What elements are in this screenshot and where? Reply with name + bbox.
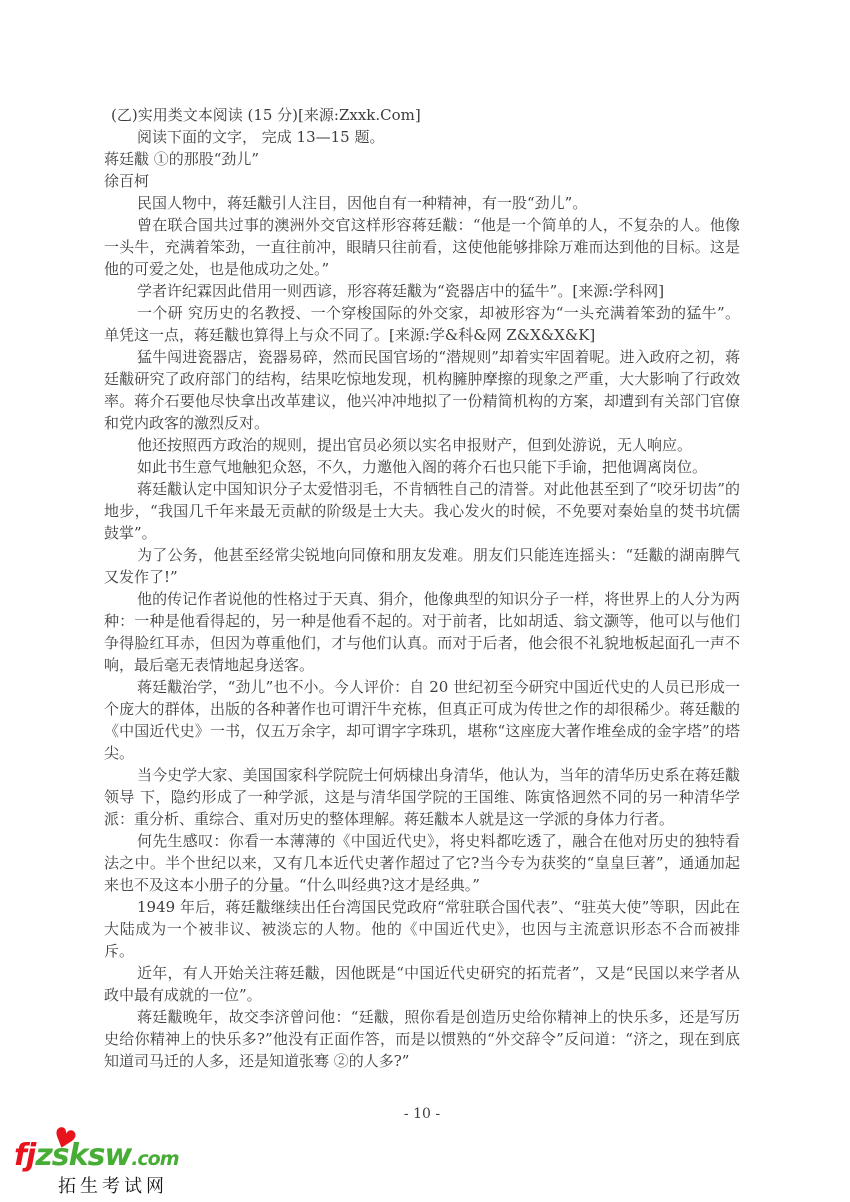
reading-instruction: 阅读下面的文字， 完成 13—15 题。: [104, 126, 740, 148]
paragraph: 曾在联合国共过事的澳洲外交官这样形容蒋廷黻：“他是一个简单的人，不复杂的人。他像…: [104, 214, 740, 280]
document-page: (乙)实用类文本阅读 (15 分)[来源:Zxxk.Com] 阅读下面的文字， …: [0, 0, 850, 1202]
page-footer: - 10 -: [104, 1106, 740, 1122]
paragraph: 蒋廷黻治学，“劲儿”也不小。今人评价：自 20 世纪初至今研究中国近代史的人员已…: [104, 676, 740, 764]
watermark-logo-com: .com: [131, 1148, 178, 1170]
paragraph: 学者许纪霖因此借用一则西谚，形容蒋廷黻为“瓷器店中的猛牛”。[来源:学科网]: [104, 280, 740, 302]
paragraph: 民国人物中，蒋廷黻引人注目，因他自有一种精神，有一股“劲儿”。: [104, 192, 740, 214]
article-title: 蒋廷黻 ①的那股“劲儿”: [104, 148, 740, 170]
article-author: 徐百柯: [104, 170, 740, 192]
paragraph: 1949 年后，蒋廷黻继续出任台湾国民党政府“常驻联合国代表”、“驻英大使”等职…: [104, 896, 740, 962]
paragraph: 当今史学大家、美国国家科学院院士何炳棣出身清华，他认为，当年的清华历史系在蒋廷黻…: [104, 764, 740, 830]
watermark-caption: 拓生考试网: [58, 1172, 214, 1198]
paragraph: 他还按照西方政治的规则，提出官员必须以实名申报财产，但到处游说，无人响应。: [104, 434, 740, 456]
site-watermark: ♥ fjzsksw.com 拓生考试网: [14, 1128, 214, 1198]
paragraph: 他的传记作者说他的性格过于天真、狷介，他像典型的知识分子一样，将世界上的人分为两…: [104, 588, 740, 676]
paragraph: 蒋廷黻晚年，故交李济曾问他：“廷黻，照你看是创造历史给你精神上的快乐多，还是写历…: [104, 1006, 740, 1072]
paragraph: 如此书生意气地触犯众怒，不久，力邀他入阁的蒋介石也只能下手谕，把他调离岗位。: [104, 456, 740, 478]
paragraph: 近年，有人开始关注蒋廷黻，因他既是“中国近代史研究的拓荒者”，又是“民国以来学者…: [104, 962, 740, 1006]
section-heading: (乙)实用类文本阅读 (15 分)[来源:Zxxk.Com]: [104, 104, 740, 126]
paragraph: 蒋廷黻认定中国知识分子太爱惜羽毛，不肯牺牲自己的清誉。对此他甚至到了“咬牙切齿”…: [104, 478, 740, 544]
paragraph: 为了公务，他甚至经常尖锐地向同僚和朋友发难。朋友们只能连连摇头：“廷黻的湖南脾气…: [104, 544, 740, 588]
paragraph: 何先生感叹：你看一本薄薄的《中国近代史》，将史料都吃透了，融合在他对历史的独特看…: [104, 830, 740, 896]
paragraph: 猛牛闯进瓷器店，瓷器易碎，然而民国官场的“潜规则”却着实牢固着呢。进入政府之初，…: [104, 346, 740, 434]
watermark-logo: fjzsksw.com: [14, 1138, 214, 1173]
article-body: (乙)实用类文本阅读 (15 分)[来源:Zxxk.Com] 阅读下面的文字， …: [104, 104, 740, 1072]
watermark-logo-fj: fj: [14, 1138, 35, 1173]
page-number: - 10 -: [404, 1106, 440, 1122]
paragraph: 一个研 究历史的名教授、一个穿梭国际的外交家，却被形容为“一头充满着笨劲的猛牛”…: [104, 302, 740, 346]
